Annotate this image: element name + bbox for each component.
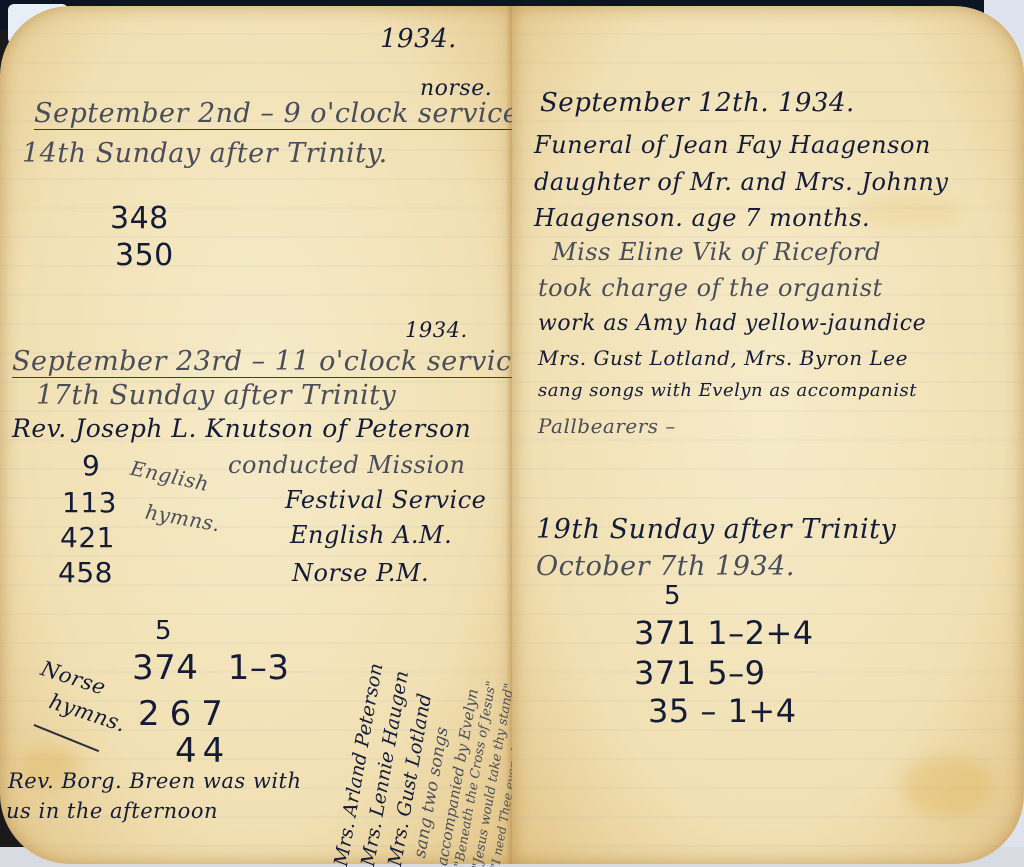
funeral-line: Miss Eline Vik of Riceford [552, 238, 881, 266]
hymn-number: 267 [138, 694, 233, 734]
entry2-sunday: 17th Sunday after Trinity [36, 380, 396, 411]
hymn-number: 44 [175, 731, 230, 771]
hymn-number: 9 [82, 449, 100, 482]
norse-label: Norse [38, 656, 109, 699]
entry-date-line: September 12th. 1934. [540, 88, 855, 118]
entry2-date-line: October 7th 1934. [536, 551, 795, 582]
mission-note: conducted Mission [228, 451, 465, 479]
entry1-sunday: 14th Sunday after Trinity. [22, 138, 388, 169]
hymn-prefix: 5 [155, 616, 172, 646]
right-page: September 12th. 1934. Funeral of Jean Fa… [512, 6, 1024, 864]
water-stain [902, 756, 992, 816]
funeral-line: Pallbearers – [538, 414, 676, 438]
entry2-date-line: September 23rd – 11 o'clock service. [12, 346, 537, 378]
norse-pm: Norse P.M. [292, 559, 429, 587]
year-note: 1934. [405, 318, 468, 342]
english-label: English [128, 456, 211, 496]
funeral-line: Mrs. Gust Lotland, Mrs. Byron Lee [538, 346, 908, 370]
funeral-line: took charge of the organist [538, 274, 883, 302]
entry2-sunday: 19th Sunday after Trinity [536, 514, 896, 545]
hymn-number: 348 [110, 201, 169, 236]
hymns-label: hymns. [143, 500, 222, 537]
hymn-prefix: 5 [664, 581, 681, 611]
preacher: Rev. Joseph L. Knutson of Peterson [12, 414, 471, 443]
funeral-line: daughter of Mr. and Mrs. Johnny [534, 168, 948, 196]
hymns-label: hymns. [46, 689, 129, 736]
funeral-line: work as Amy had yellow-jaundice [538, 311, 926, 336]
hymn-number: 35 – 1+4 [648, 692, 797, 730]
hymn-number: 113 [62, 486, 117, 519]
left-page: 1934. norse. September 2nd – 9 o'clock s… [0, 6, 514, 864]
hymn-number: 421 [60, 521, 115, 554]
hymn-number: 458 [58, 556, 113, 589]
year-heading: 1934. [380, 24, 457, 54]
funeral-line: Haagenson. age 7 months. [534, 204, 870, 232]
hymn-number: 371 1–2+4 [634, 614, 814, 652]
hymn-number: 374 1–3 [132, 648, 289, 688]
hymn-number: 350 [115, 238, 174, 273]
afternoon-note-line2: us in the afternoon [6, 799, 218, 823]
entry1-date-line: September 2nd – 9 o'clock service. [34, 98, 528, 130]
funeral-line: Funeral of Jean Fay Haagenson [534, 131, 931, 159]
english-am: English A.M. [290, 521, 452, 549]
funeral-line: sang songs with Evelyn as accompanist [538, 380, 917, 401]
festival-service: Festival Service [285, 486, 486, 514]
hymn-number: 371 5–9 [634, 654, 765, 692]
afternoon-note-line1: Rev. Borg. Breen was with [8, 769, 302, 793]
